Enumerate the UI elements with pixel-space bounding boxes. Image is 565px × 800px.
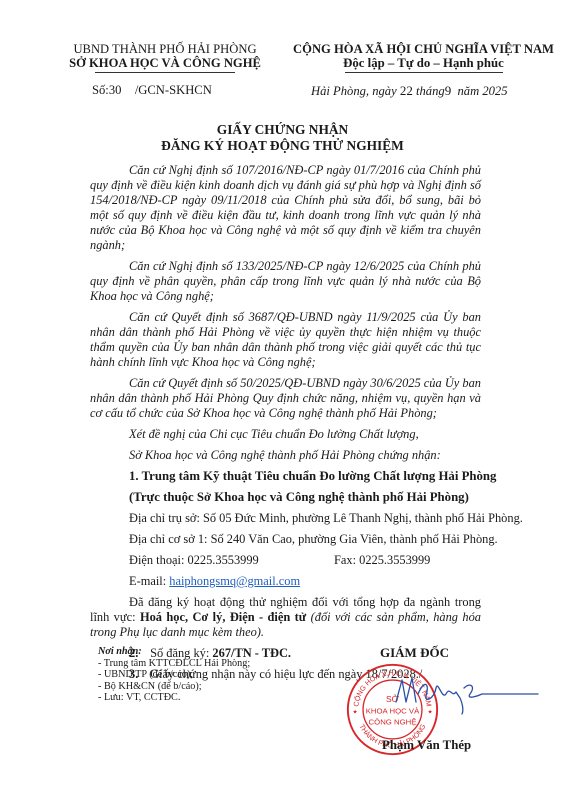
doc-number-value: 30	[109, 83, 135, 98]
recipient-item: - UBND TP (để b/cáo);	[98, 669, 250, 681]
document-title: GIẤY CHỨNG NHẬN ĐĂNG KÝ HOẠT ĐỘNG THỬ NG…	[0, 122, 565, 154]
registration-scope: Đã đăng ký hoạt động thử nghiệm đối với …	[90, 595, 481, 640]
site1-address: Địa chỉ cơ sở 1: Số 240 Văn Cao, phường …	[129, 532, 481, 547]
svg-text:CÔNG NGHỆ: CÔNG NGHỆ	[369, 718, 417, 727]
organization-name: 1. Trung tâm Kỹ thuật Tiêu chuẩn Đo lườn…	[129, 469, 481, 484]
national-heading-block: CỘNG HÒA XÃ HỘI CHỦ NGHĨA VIỆT NAM Độc l…	[282, 42, 565, 73]
phone-number: Điện thoại: 0225.3553999	[129, 553, 334, 568]
recipient-item: - Trung tâm KTTCĐLCL Hải Phòng;	[98, 658, 250, 670]
national-motto: Độc lập – Tự do – Hạnh phúc	[282, 56, 565, 70]
recipient-item: - Lưu: VT, CCTĐC.	[98, 692, 250, 704]
email-link[interactable]: haiphongsmq@gmail.com	[169, 574, 300, 588]
recipient-item: - Bộ KH&CN (để b/cáo);	[98, 681, 250, 693]
doc-number-prefix: Số:	[92, 83, 109, 97]
signer-name: Phạm Văn Thép	[382, 738, 471, 753]
date-month: 9	[445, 83, 452, 98]
email-row: E-mail: haiphongsmq@gmail.com	[129, 574, 481, 589]
document-body: Căn cứ Nghị định số 107/2016/NĐ-CP ngày …	[90, 163, 481, 688]
registration-fields: Hoá học, Cơ lý, Điện - điện tử	[140, 610, 306, 624]
date-line: Hải Phòng, ngày 22 tháng9 năm 2025	[311, 83, 508, 99]
recipients-block: Nơi nhận: - Trung tâm KTTCĐLCL Hải Phòng…	[98, 646, 250, 704]
agency-underline	[95, 72, 235, 73]
title-line-2: ĐĂNG KÝ HOẠT ĐỘNG THỬ NGHIỆM	[0, 138, 565, 154]
date-year: năm 2025	[458, 84, 508, 98]
nation-name: CỘNG HÒA XÃ HỘI CHỦ NGHĨA VIỆT NAM	[282, 42, 565, 56]
issuing-agency-block: UBND THÀNH PHỐ HẢI PHÒNG SỞ KHOA HỌC VÀ …	[40, 42, 290, 73]
svg-text:★: ★	[353, 708, 358, 715]
date-place: Hải Phòng, ngày	[311, 84, 397, 98]
basis-paragraph-3: Căn cứ Quyết định số 3687/QĐ-UBND ngày 1…	[90, 310, 481, 370]
signer-title: GIÁM ĐỐC	[380, 645, 449, 661]
organization-affiliation: (Trực thuộc Sở Khoa học và Công nghệ thà…	[129, 490, 481, 505]
document-number: Số:30/GCN-SKHCN	[92, 83, 212, 98]
motto-underline	[345, 72, 503, 73]
basis-paragraph-4: Căn cứ Quyết định số 50/2025/QĐ-UBND ngà…	[90, 376, 481, 421]
fax-number: Fax: 0225.3553999	[334, 553, 430, 568]
basis-paragraph-1: Căn cứ Nghị định số 107/2016/NĐ-CP ngày …	[90, 163, 481, 253]
date-day: 22	[400, 83, 413, 98]
doc-number-suffix: /GCN-SKHCN	[135, 83, 212, 97]
handwritten-signature-icon	[390, 672, 540, 717]
agency-name: SỞ KHOA HỌC VÀ CÔNG NGHỆ	[40, 56, 290, 70]
hq-address: Địa chỉ trụ sở: Số 05 Đức Minh, phường L…	[129, 511, 481, 526]
contact-row: Điện thoại: 0225.3553999 Fax: 0225.35539…	[129, 553, 481, 568]
title-line-1: GIẤY CHỨNG NHẬN	[0, 122, 565, 138]
proposal-line: Xét đề nghị của Chi cục Tiêu chuẩn Đo lư…	[129, 427, 481, 442]
certifies-line: Sở Khoa học và Công nghệ thành phố Hải P…	[129, 448, 481, 463]
basis-paragraph-2: Căn cứ Nghị định số 133/2025/NĐ-CP ngày …	[90, 259, 481, 304]
email-label: E-mail:	[129, 574, 169, 588]
date-month-label: tháng	[416, 84, 445, 98]
parent-agency: UBND THÀNH PHỐ HẢI PHÒNG	[40, 42, 290, 56]
recipients-heading: Nơi nhận:	[98, 646, 250, 658]
